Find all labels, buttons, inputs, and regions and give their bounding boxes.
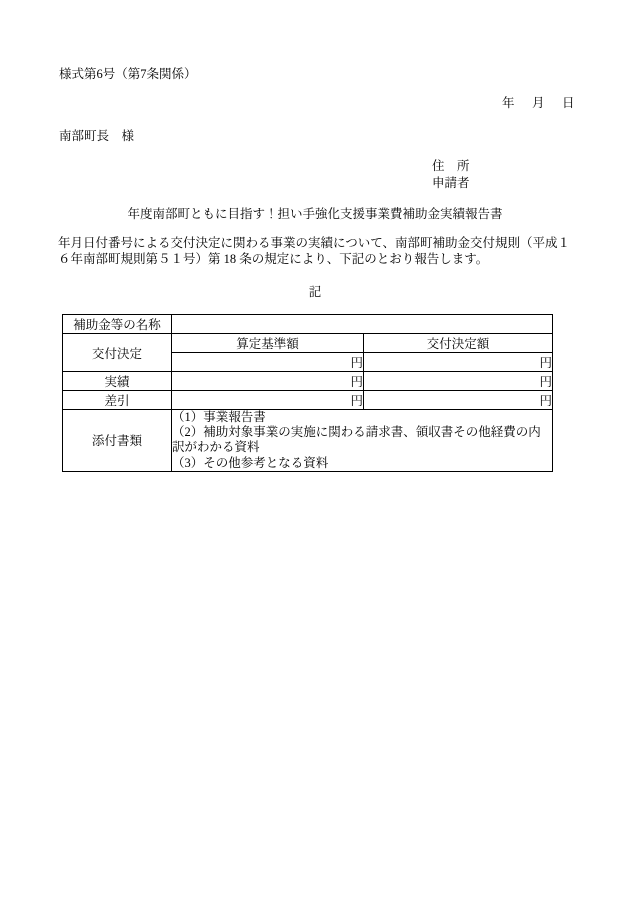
record-marker: 記 [0, 282, 630, 300]
subsidy-table: 補助金等の名称 交付決定 算定基準額 交付決定額 円 円 実績 円 円 差引 円… [62, 314, 553, 472]
grant-decision-label-cell: 交付決定 [63, 334, 172, 372]
applicant-label: 申請者 [432, 175, 470, 192]
decision-amount-yen-cell: 円 [364, 353, 553, 372]
body-paragraph: 年月日付番号による交付決定に関わる事業の実績について、南部町補助金交付規則（平成… [58, 235, 574, 267]
table-row-difference: 差引 円 円 [63, 391, 553, 410]
difference-amount-yen-cell: 円 [364, 391, 553, 410]
attachments-cell: （1）事業報告書 （2）補助対象事業の実施に関わる請求書、領収書その他経費の内訳… [172, 410, 553, 472]
table-row-actual: 実績 円 円 [63, 372, 553, 391]
table-row-attachments: 添付書類 （1）事業報告書 （2）補助対象事業の実施に関わる請求書、領収書その他… [63, 410, 553, 472]
attachment-item: （1）事業報告書 [172, 410, 552, 425]
applicant-block: 住 所 申請者 [432, 158, 470, 191]
date-line: 年 月 日 [502, 93, 577, 111]
address-label: 住 所 [432, 158, 470, 175]
subsidy-name-label-cell: 補助金等の名称 [63, 315, 172, 334]
attachment-item: （3）その他参考となる資料 [172, 456, 552, 471]
subsidy-name-value-cell [172, 315, 553, 334]
document-page: 様式第6号（第7条関係） 年 月 日 南部町長 様 住 所 申請者 年度南部町と… [0, 0, 630, 903]
actual-label-cell: 実績 [63, 372, 172, 391]
actual-basis-yen-cell: 円 [172, 372, 364, 391]
addressee: 南部町長 様 [59, 126, 134, 144]
decision-basis-yen-cell: 円 [172, 353, 364, 372]
form-number: 様式第6号（第7条関係） [59, 64, 197, 82]
basis-amount-header-cell: 算定基準額 [172, 334, 364, 353]
decision-amount-header-cell: 交付決定額 [364, 334, 553, 353]
attachment-item: （2）補助対象事業の実施に関わる請求書、領収書その他経費の内訳がわかる資料 [172, 425, 552, 455]
attachments-label-cell: 添付書類 [63, 410, 172, 472]
table-row-decision-header: 交付決定 算定基準額 交付決定額 [63, 334, 553, 353]
difference-basis-yen-cell: 円 [172, 391, 364, 410]
document-title: 年度南部町ともに目指す！担い手強化支援事業費補助金実績報告書 [0, 204, 630, 222]
difference-label-cell: 差引 [63, 391, 172, 410]
actual-amount-yen-cell: 円 [364, 372, 553, 391]
table-row-subsidy-name: 補助金等の名称 [63, 315, 553, 334]
